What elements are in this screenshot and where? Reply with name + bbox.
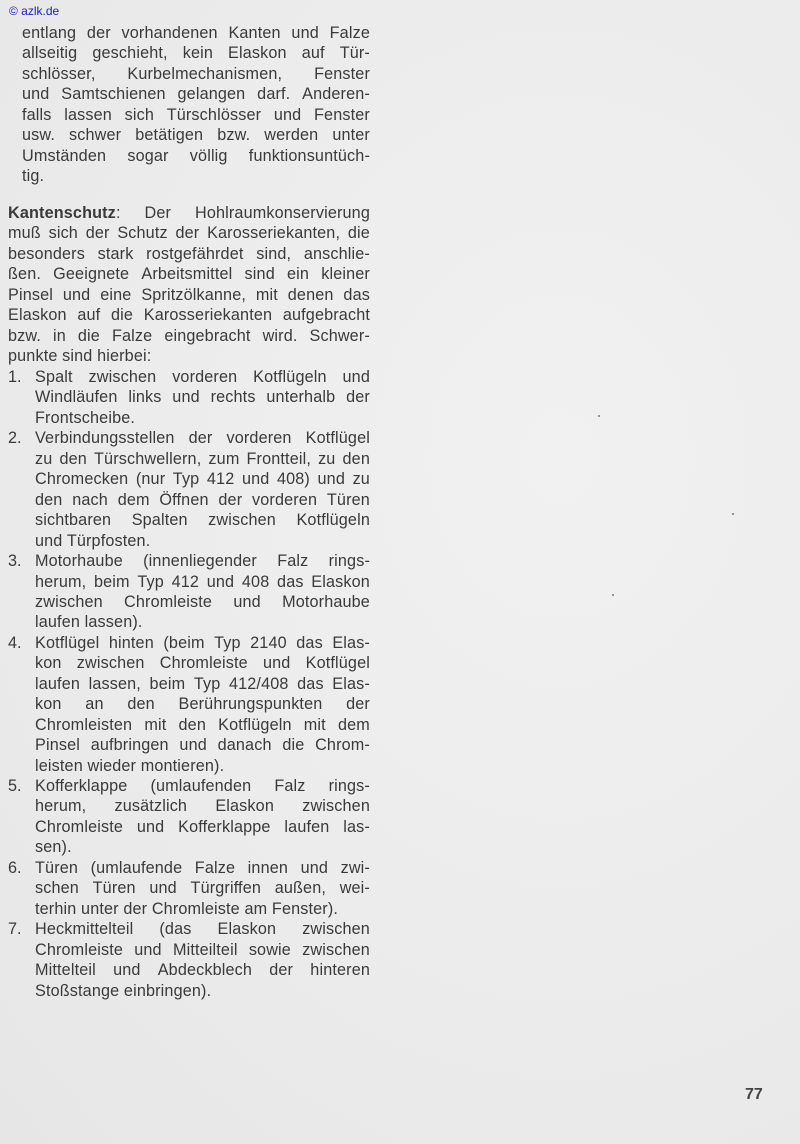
paragraph-line: besondersstarkrostgefährdetsind,anschlie… [8, 244, 370, 264]
list-item-number: 4. [8, 633, 22, 653]
watermark: © azlk.de [9, 4, 59, 18]
list-item-line: konzwischenChromleisteundKotflügel [35, 653, 370, 673]
paragraph-line: mußsichderSchutzderKarosseriekanten,die [8, 223, 370, 243]
list-item-line: ChromleisteundMitteilteilsowiezwischen [35, 940, 370, 960]
page-number: 77 [745, 1086, 763, 1104]
paragraph-line: undSamtschienengelangendarf.Anderen- [22, 84, 370, 104]
list-item-line: zudenTürschwellern,zumFrontteil,zuden [35, 449, 370, 469]
list-item-line: laufen lassen). [35, 612, 143, 632]
list-item-line: sen). [35, 837, 72, 857]
paragraph-line: allseitiggeschieht,keinElaskonaufTür- [22, 43, 370, 63]
paragraph-line: schlösser,Kurbelmechanismen,Fenster [22, 64, 370, 84]
list-item-line: und Türpfosten. [35, 531, 150, 551]
paragraph-line: ElaskonaufdieKarosseriekantenaufgebracht [8, 305, 370, 325]
list-item-number: 3. [8, 551, 22, 571]
list-item-line: leisten wieder montieren). [35, 756, 224, 776]
list-item-line: SpaltzwischenvorderenKotflügelnund [35, 367, 370, 387]
list-item-line: terhin unter der Chromleiste am Fenster)… [35, 899, 338, 919]
list-item-number: 2. [8, 428, 22, 448]
list-item-line: PinselaufbringenunddanachdieChrom- [35, 735, 370, 755]
list-item-number: 7. [8, 919, 22, 939]
list-item-line: ChromleisteundKofferklappelaufenlas- [35, 817, 370, 837]
list-item-line: dennachdemÖffnendervorderenTüren [35, 490, 370, 510]
paragraph-line: fallslassensichTürschlösserundFenster [22, 105, 370, 125]
list-item-number: 5. [8, 776, 22, 796]
list-item-line: ChromleistenmitdenKotflügelnmitdem [35, 715, 370, 735]
list-item-line: herum,zusätzlichElaskonzwischen [35, 796, 370, 816]
list-item-line: konandenBerührungspunktender [35, 694, 370, 714]
list-item-line: Kofferklappe(umlaufendenFalzrings- [35, 776, 370, 796]
list-item-line: MittelteilundAbdeckblechderhinteren [35, 960, 370, 980]
list-item-line: Kotflügelhinten(beimTyp2140dasElas- [35, 633, 370, 653]
list-item-line: Motorhaube(innenliegenderFalzrings- [35, 551, 370, 571]
list-item-line: Stoßstange einbringen). [35, 981, 211, 1001]
section-heading: Kantenschutz [8, 203, 116, 223]
list-item-line: Windläufenlinksundrechtsunterhalbder [35, 387, 370, 407]
paragraph-line: bzw.indieFalzeeingebrachtwird.Schwer- [8, 326, 370, 346]
list-item-line: Türen(umlaufendeFalzeinnenundzwi- [35, 858, 370, 878]
paper-speck [598, 415, 600, 417]
paragraph-line: tig. [22, 166, 44, 186]
list-item-line: schenTürenundTürgriffenaußen,wei- [35, 878, 370, 898]
list-item-line: Heckmittelteil(dasElaskonzwischen [35, 919, 370, 939]
paragraph-line: usw.schwerbetätigenbzw.werdenunter [22, 125, 370, 145]
list-item-line: herum,beimTyp412und408dasElaskon [35, 572, 370, 592]
list-item-line: VerbindungsstellendervorderenKotflügel [35, 428, 370, 448]
list-item-line: Chromecken(nurTyp412und408)undzu [35, 469, 370, 489]
paragraph-line: Umständensogarvölligfunktionsuntüch- [22, 146, 370, 166]
list-item-line: Frontscheibe. [35, 408, 135, 428]
section-first-line: Kantenschutz:DerHohlraumkonservierung [8, 203, 370, 223]
list-item-line: laufenlassen,beimTyp412/408dasElas- [35, 674, 370, 694]
paragraph-line: PinselundeineSpritzölkanne,mitdenendas [8, 285, 370, 305]
list-item-line: sichtbarenSpaltenzwischenKotflügeln [35, 510, 370, 530]
list-item-number: 1. [8, 367, 22, 387]
paragraph-line: ßen.GeeigneteArbeitsmittelsindeinkleiner [8, 264, 370, 284]
list-item-number: 6. [8, 858, 22, 878]
paragraph-line: punkte sind hierbei: [8, 346, 151, 366]
list-item-line: zwischenChromleisteundMotorhaube [35, 592, 370, 612]
paper-speck [612, 594, 614, 596]
paper-speck [732, 513, 734, 515]
paragraph-line: entlangdervorhandenenKantenundFalze [22, 23, 370, 43]
